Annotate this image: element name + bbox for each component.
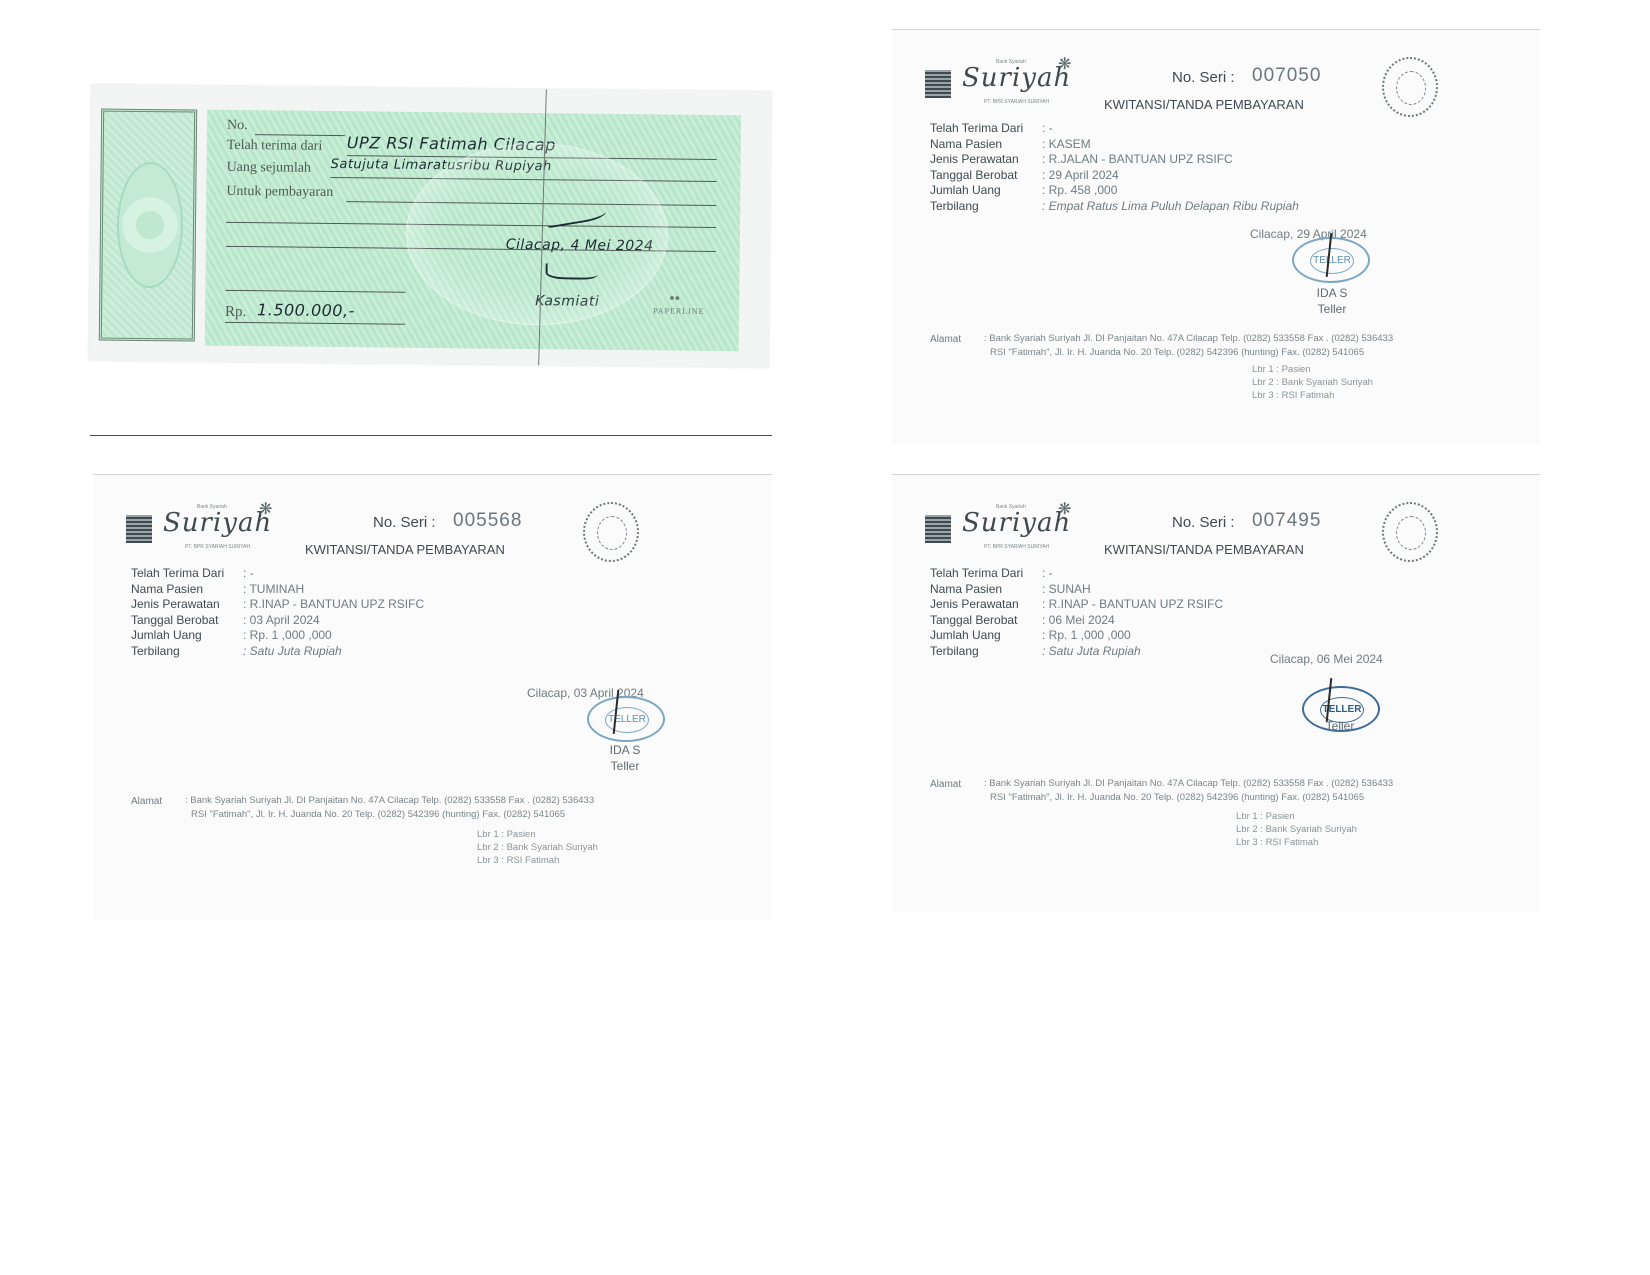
field-care: Jenis Perawatan: R.INAP - BANTUAN UPZ RS… <box>930 597 1223 613</box>
signature <box>545 263 597 280</box>
field-from: Telah Terima Dari: - <box>930 121 1299 137</box>
hospital-seal-icon <box>1382 57 1438 117</box>
amount-line-top <box>225 290 405 293</box>
document-title: KWITANSI/TANDA PEMBAYARAN <box>1104 97 1304 112</box>
field-words: Terbilang: Empat Ratus Lima Puluh Delapa… <box>930 199 1299 215</box>
place-date: Cilacap, 4 Mei 2024 <box>506 237 654 255</box>
paperline-brand: PAPERLINE <box>653 306 704 316</box>
alamat-text: : Bank Syariah Suriyah Jl. DI Panjaitan … <box>185 794 594 822</box>
alamat-label: Alamat <box>930 334 961 345</box>
purpose-line-3 <box>226 246 716 252</box>
hospital-seal-icon <box>1382 502 1438 562</box>
purpose-label: Untuk pembayaran <box>226 184 333 201</box>
amount-prefix: Rp. <box>225 304 246 321</box>
copy-distribution: Lbr 1 : Pasien Lbr 2 : Bank Syariah Suri… <box>1252 363 1373 402</box>
seri-number: 005568 <box>453 510 522 532</box>
amount-line-bottom <box>225 322 405 325</box>
amount-words-value: Satujuta Limaratusribu Rupiyah <box>331 157 552 174</box>
field-patient: Nama Pasien: SUNAH <box>930 582 1223 598</box>
kwitansi-receipt: Bank Syariah Suriyah ❋ PT. BPR SYARIAH S… <box>892 29 1540 444</box>
receipt-body: No. Telah terima dari UPZ RSI Fatimah Ci… <box>205 110 741 352</box>
field-patient: Nama Pasien: KASEM <box>930 137 1299 153</box>
receipt-fields: Telah Terima Dari: - Nama Pasien: KASEM … <box>930 121 1299 214</box>
receipt-fields: Telah Terima Dari: - Nama Pasien: SUNAH … <box>930 566 1223 659</box>
bank-building-icon <box>925 515 951 543</box>
flower-ornament-icon: ❋ <box>259 499 272 519</box>
field-date: Tanggal Berobat: 29 April 2024 <box>930 168 1299 184</box>
scan-divider <box>90 435 772 436</box>
purpose-line-2 <box>226 222 716 228</box>
handwritten-receipt: No. Telah terima dari UPZ RSI Fatimah Ci… <box>89 84 772 367</box>
field-words: Terbilang: Satu Juta Rupiah <box>930 644 1223 660</box>
teller-block: Teller <box>1310 718 1370 734</box>
seri-number: 007050 <box>1252 65 1321 87</box>
field-from: Telah Terima Dari: - <box>930 566 1223 582</box>
no-label: No. <box>227 118 248 134</box>
paper-edge <box>892 29 1540 30</box>
field-care: Jenis Perawatan: R.INAP - BANTUAN UPZ RS… <box>131 597 424 613</box>
kwitansi-receipt: Bank Syariah Suriyah ❋ PT. BPR SYARIAH S… <box>892 474 1540 912</box>
bank-logo: Suriyah <box>962 508 1071 538</box>
field-amount: Jumlah Uang: Rp. 1 ,000 ,000 <box>930 628 1223 644</box>
field-patient: Nama Pasien: TUMINAH <box>131 582 424 598</box>
document-title: KWITANSI/TANDA PEMBAYARAN <box>1104 542 1304 557</box>
alamat-label: Alamat <box>131 796 162 807</box>
hospital-seal-icon <box>583 502 639 562</box>
teller-title: Teller <box>1302 301 1362 317</box>
no-line <box>255 134 345 136</box>
field-care: Jenis Perawatan: R.JALAN - BANTUAN UPZ R… <box>930 152 1299 168</box>
field-words: Terbilang: Satu Juta Rupiah <box>131 644 424 660</box>
bank-building-icon <box>925 70 951 98</box>
field-from: Telah Terima Dari: - <box>131 566 424 582</box>
alamat-text: : Bank Syariah Suriyah Jl. DI Panjaitan … <box>984 332 1393 360</box>
bank-subtitle: PT. BPR SYARIAH SURIYAH <box>185 544 250 550</box>
alamat-text: : Bank Syariah Suriyah Jl. DI Panjaitan … <box>984 777 1393 805</box>
signature-scribble <box>545 201 607 229</box>
seri-label: No. Seri : <box>1172 514 1235 531</box>
amount-words-line <box>330 177 716 182</box>
copy-distribution: Lbr 1 : Pasien Lbr 2 : Bank Syariah Suri… <box>1236 810 1357 849</box>
teller-block: IDA S Teller <box>595 742 655 774</box>
receipt-stub <box>99 109 197 342</box>
seri-number: 007495 <box>1252 510 1321 532</box>
bank-subtitle: PT. BPR SYARIAH SURIYAH <box>984 99 1049 105</box>
amount-value: 1.500.000,- <box>257 300 355 320</box>
purpose-line <box>346 201 716 206</box>
bank-building-icon <box>126 515 152 543</box>
kwitansi-receipt: Bank Syariah Suriyah ❋ PT. BPR SYARIAH S… <box>93 474 772 920</box>
field-amount: Jumlah Uang: Rp. 458 ,000 <box>930 183 1299 199</box>
place-date: Cilacap, 06 Mei 2024 <box>1270 652 1383 666</box>
paperline-logo-icon: ●● <box>669 293 680 303</box>
received-from-label: Telah terima dari <box>227 138 323 155</box>
receipt-fields: Telah Terima Dari: - Nama Pasien: TUMINA… <box>131 566 424 659</box>
signer-name: Kasmiati <box>535 293 599 310</box>
field-date: Tanggal Berobat: 06 Mei 2024 <box>930 613 1223 629</box>
paper-edge <box>892 474 1540 475</box>
alamat-label: Alamat <box>930 779 961 790</box>
teller-name: IDA S <box>1302 285 1362 301</box>
teller-title: Teller <box>595 758 655 774</box>
paper-edge <box>93 474 772 475</box>
flower-ornament-icon: ❋ <box>1058 499 1071 519</box>
seri-label: No. Seri : <box>373 514 436 531</box>
flower-ornament-icon: ❋ <box>1058 54 1071 74</box>
received-from-value: UPZ RSI Fatimah Cilacap <box>347 133 556 154</box>
teller-name: IDA S <box>595 742 655 758</box>
bank-subtitle: PT. BPR SYARIAH SURIYAH <box>984 544 1049 550</box>
bank-logo: Suriyah <box>163 508 272 538</box>
guilloche-ornament <box>116 162 183 289</box>
field-amount: Jumlah Uang: Rp. 1 ,000 ,000 <box>131 628 424 644</box>
document-title: KWITANSI/TANDA PEMBAYARAN <box>305 542 505 557</box>
field-date: Tanggal Berobat: 03 April 2024 <box>131 613 424 629</box>
seri-label: No. Seri : <box>1172 69 1235 86</box>
teller-stamp: TELLER <box>587 696 665 742</box>
copy-distribution: Lbr 1 : Pasien Lbr 2 : Bank Syariah Suri… <box>477 828 598 867</box>
teller-block: IDA S Teller <box>1302 285 1362 317</box>
teller-title: Teller <box>1310 718 1370 734</box>
bank-logo: Suriyah <box>962 63 1071 93</box>
amount-words-label: Uang sejumlah <box>227 160 312 177</box>
